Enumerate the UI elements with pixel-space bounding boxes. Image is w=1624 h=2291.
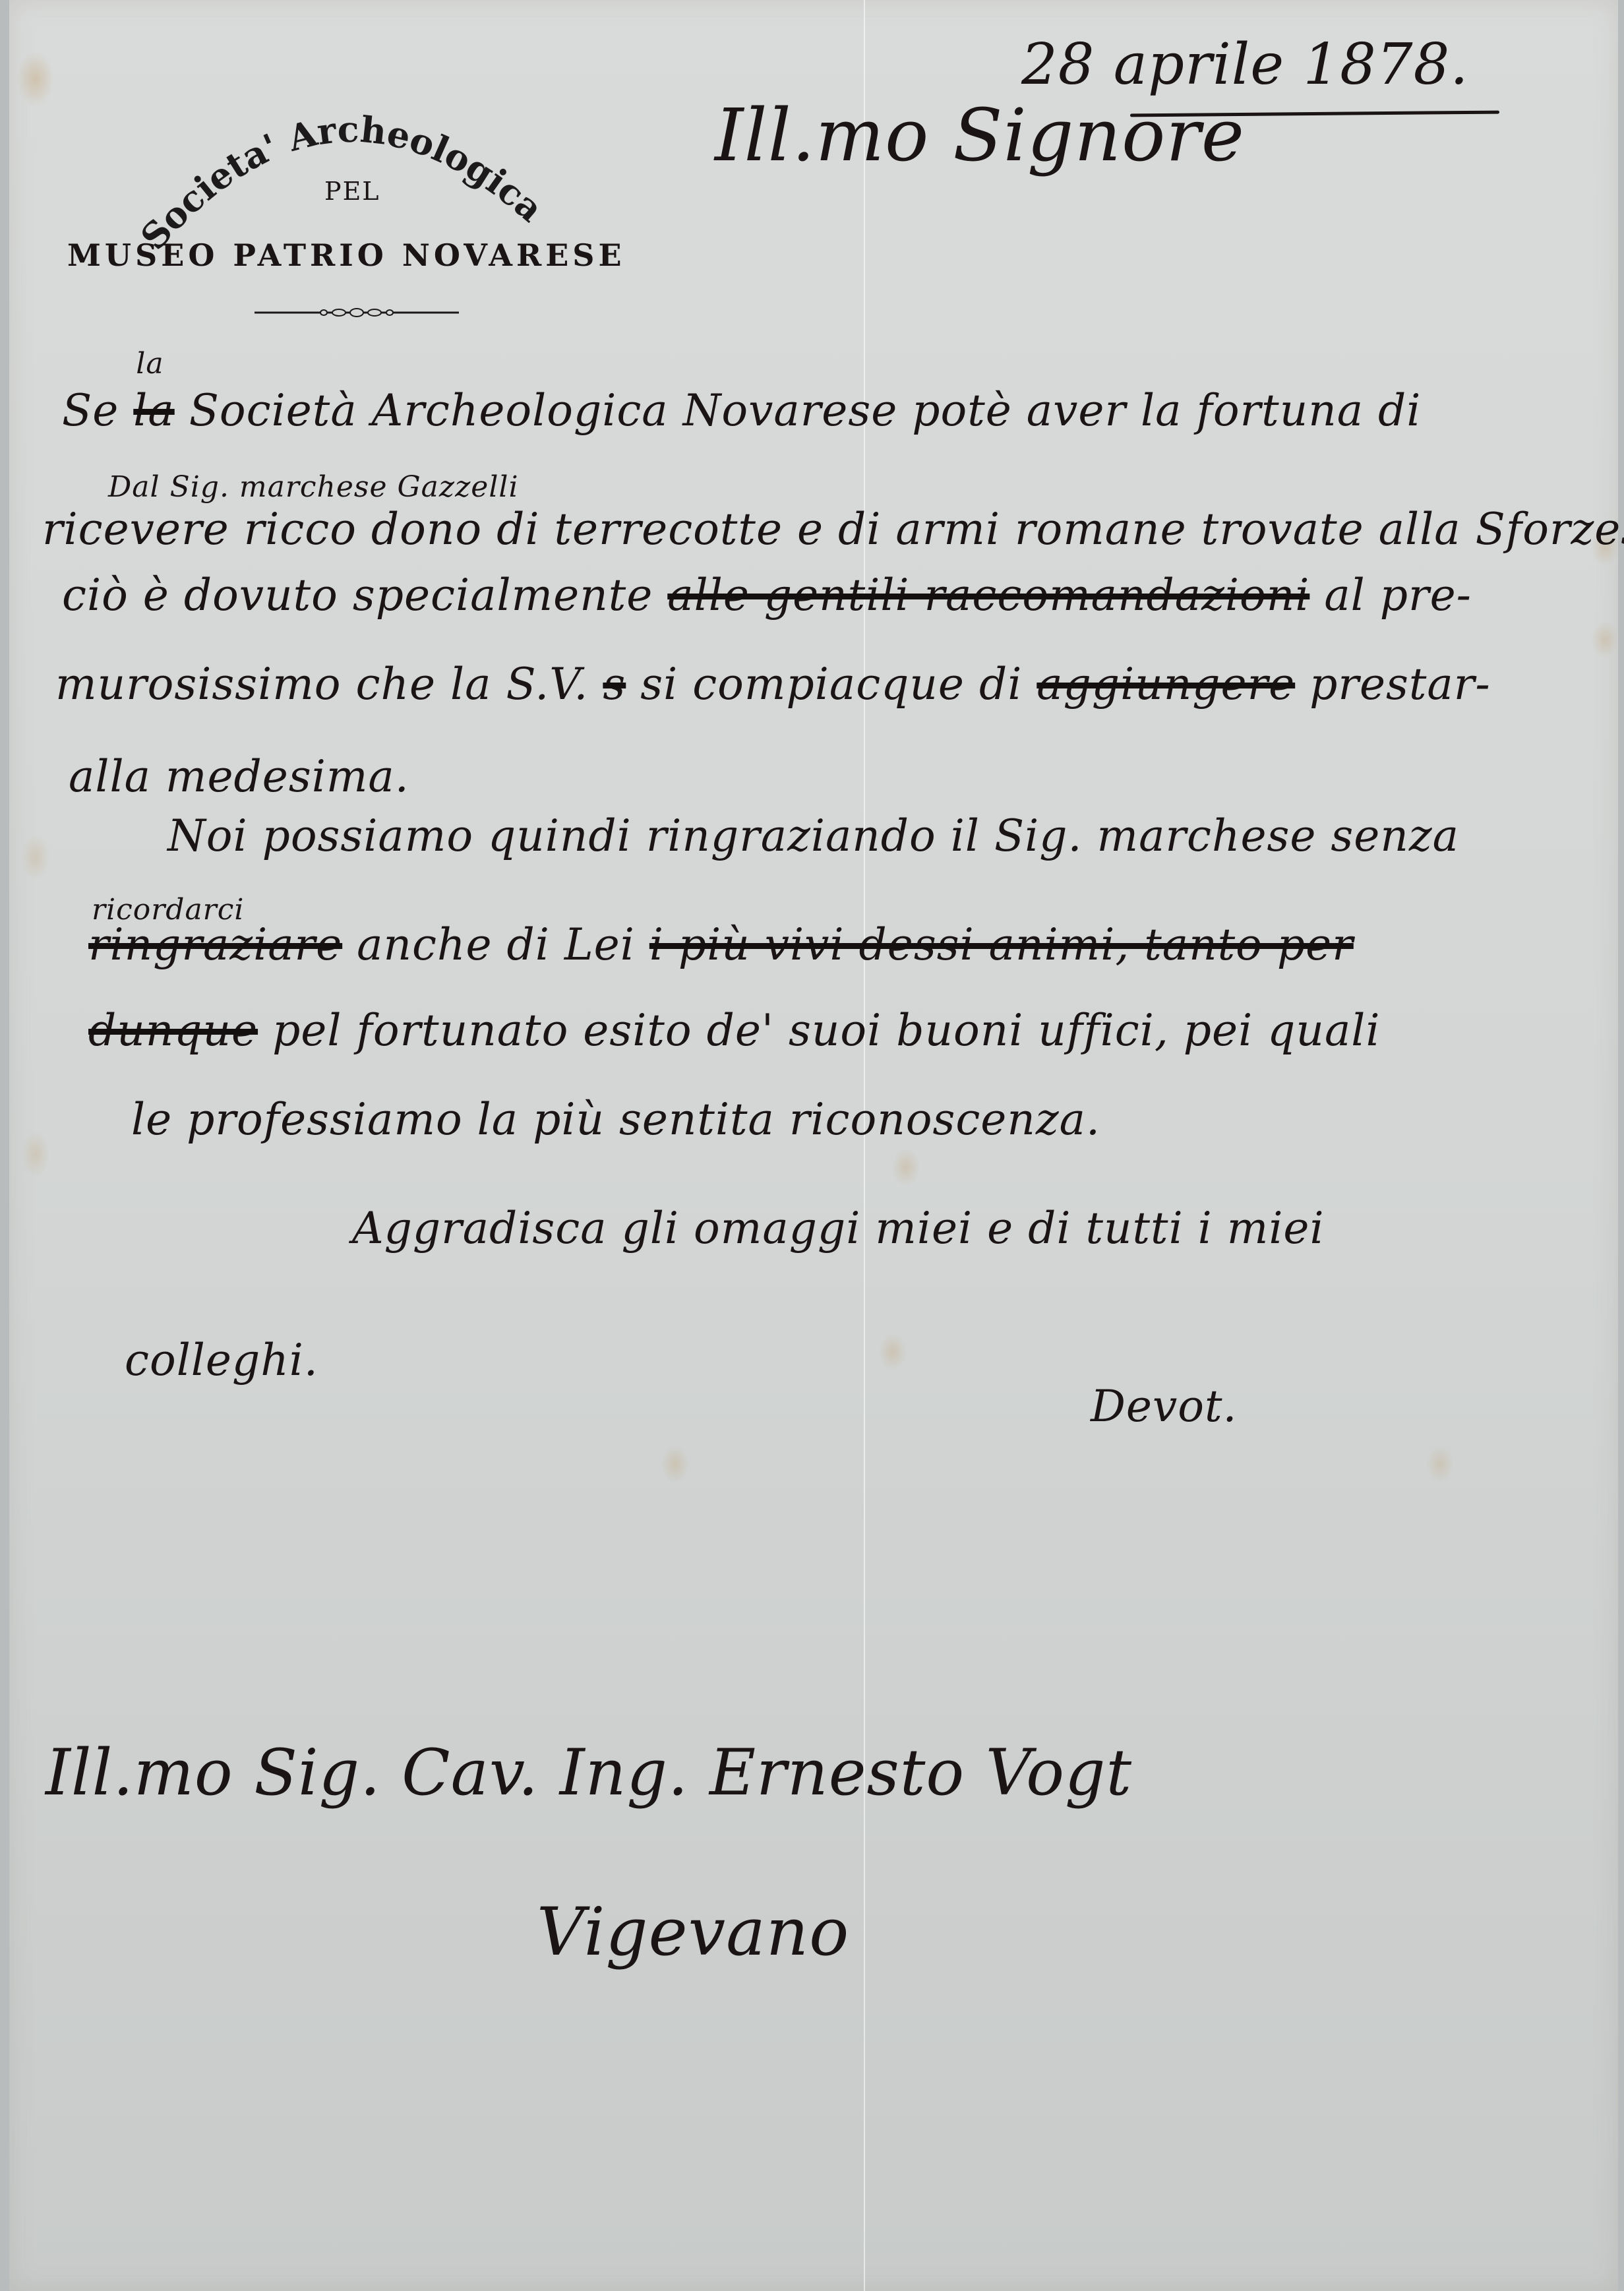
struck-text: alle gentili raccomandazioni (667, 570, 1309, 621)
struck-text: la (133, 385, 174, 436)
body-line-1: Se la la Società Archeologica Novarese p… (62, 389, 1421, 433)
recipient-address: Ill.mo Sig. Cav. Ing. Ernesto Vogt (45, 1741, 1132, 1804)
recipient-city: Vigevano (537, 1899, 849, 1965)
body-line-6: Noi possiamo quindi ringraziando il Sig.… (167, 814, 1459, 858)
text-fragment: al pre- (1324, 570, 1472, 621)
struck-text: aggiungere (1037, 659, 1295, 710)
salutation: Ill.mo Signore (715, 99, 1245, 171)
body-line-10: Aggradisca gli omaggi miei e di tutti i … (352, 1207, 1325, 1250)
struck-text: ringraziare (88, 919, 342, 970)
ornamental-rule-icon (255, 307, 459, 318)
letterhead-pel: PEL (324, 177, 380, 206)
body-line-2: ricevere ricco dono di terrecotte e di a… (42, 508, 1624, 551)
body-line-5: alla medesima. (69, 755, 409, 799)
struck-text: i più vivi dessi animi, tanto per (649, 919, 1354, 970)
text-fragment: si compiacque di (640, 659, 1022, 710)
text-fragment: ciò è dovuto specialmente (62, 570, 653, 621)
body-line-3: ciò è dovuto specialmente alle gentili r… (62, 574, 1472, 617)
body-line-7: ringraziare anche di Lei i più vivi dess… (88, 923, 1354, 967)
text-fragment: pel fortunato esito de' suoi buoni uffic… (272, 1005, 1380, 1056)
paper-fold-line (864, 0, 865, 2291)
body-line-4: murosissimo che la S.V. s si compiacque … (55, 663, 1491, 706)
text-fragment: anche di Lei (357, 919, 635, 970)
letter-sheet: Societa' Archeologica PEL MUSEO PATRIO N… (9, 0, 1618, 2291)
closing-signature: Devot. (1091, 1385, 1238, 1428)
text-fragment: Se (62, 385, 119, 436)
body-line-11: colleghi. (125, 1339, 318, 1382)
inserted-text: la (136, 350, 164, 379)
text-fragment: Società Archeologica Novarese potè aver … (189, 385, 1422, 436)
interlinear-insertion: Dal Sig. marchese Gazzelli (108, 473, 519, 502)
correction: la la (133, 389, 174, 433)
body-line-9: le professiamo la più sentita riconoscen… (131, 1098, 1100, 1142)
text-fragment: murosissimo che la S.V. (55, 659, 588, 710)
struck-text: s (603, 659, 626, 710)
struck-text: dunque (88, 1005, 258, 1056)
text-fragment: prestar- (1309, 659, 1490, 710)
letterhead-museum-name: MUSEO PATRIO NOVARESE (67, 237, 626, 273)
letter-date: 28 aprile 1878. (1021, 36, 1469, 93)
body-line-8: dunque pel fortunato esito de' suoi buon… (88, 1009, 1381, 1053)
